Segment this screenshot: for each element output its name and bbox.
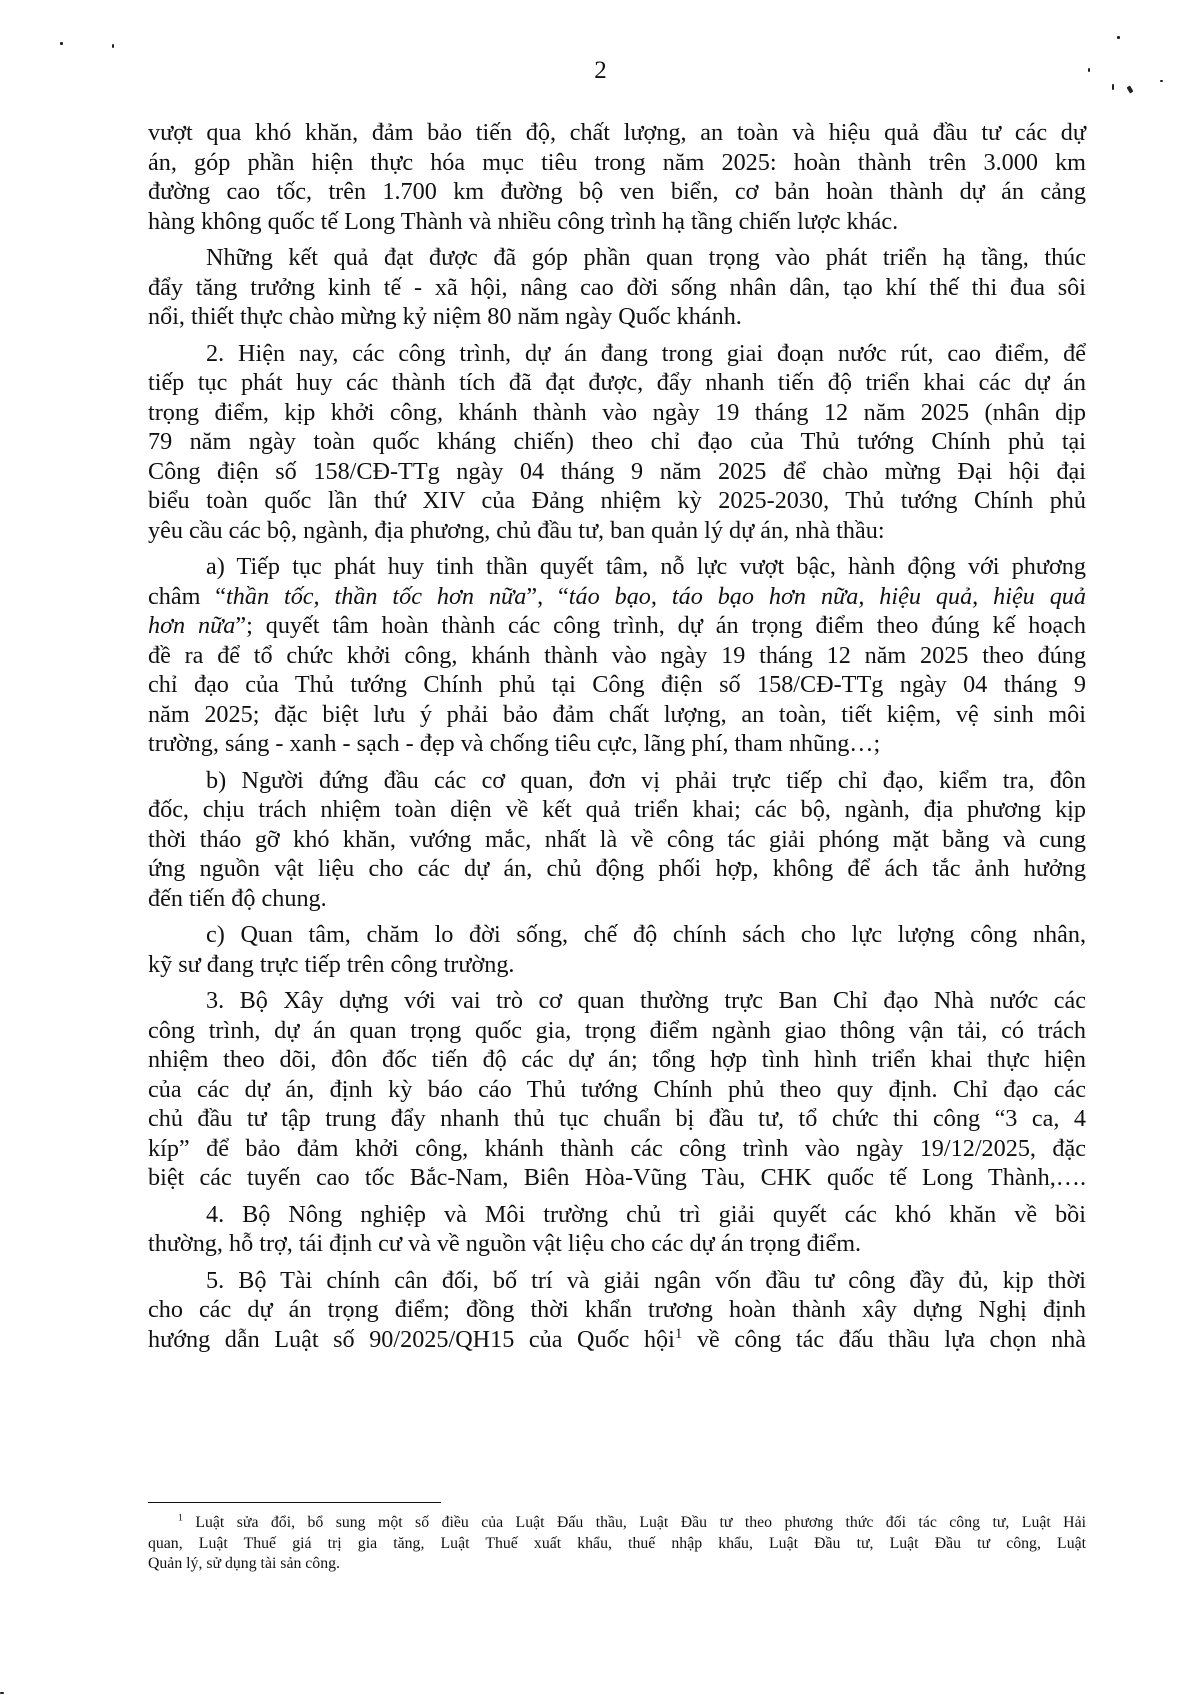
- page-number: 2: [0, 56, 1201, 86]
- text-run: ”, “: [526, 583, 568, 610]
- paragraph-item-b: b) Người đứng đầu các cơ quan, đơn vị ph…: [148, 766, 1086, 914]
- text-line: 3. Bộ Xây dựng với vai trò cơ quan thườn…: [148, 986, 1086, 1016]
- text-line: tiếp tục phát huy các thành tích đã đạt …: [148, 368, 1086, 398]
- paragraph-section-3: 3. Bộ Xây dựng với vai trò cơ quan thườn…: [148, 986, 1086, 1193]
- scan-speck: [0, 1692, 4, 1694]
- text-line: cho các dự án trọng điểm; đồng thời khẩn…: [148, 1295, 1086, 1325]
- text-line: kỹ sư đang trực tiếp trên công trường.: [148, 950, 1086, 980]
- text-run: về công tác đấu thầu lựa chọn nhà: [682, 1326, 1086, 1353]
- text-line: chủ đầu tư tập trung đẩy nhanh thủ tục c…: [148, 1104, 1086, 1134]
- text-line: thường, hỗ trợ, tái định cư và về nguồn …: [148, 1229, 1086, 1259]
- text-line: hướng dẫn Luật số 90/2025/QH15 của Quốc …: [148, 1325, 1086, 1355]
- paragraph-results: Những kết quả đạt được đã góp phần quan …: [148, 243, 1086, 332]
- text-run: hướng dẫn Luật số 90/2025/QH15 của Quốc …: [148, 1326, 675, 1353]
- text-line: đẩy tăng trưởng kinh tế - xã hội, nâng c…: [148, 273, 1086, 303]
- text-line: của các dự án, định kỳ báo cáo Thủ tướng…: [148, 1075, 1086, 1105]
- text-line: yêu cầu các bộ, ngành, địa phương, chủ đ…: [148, 516, 1086, 546]
- text-run: ”; quyết tâm hoàn thành các công trình, …: [235, 612, 1086, 639]
- text-line: a) Tiếp tục phát huy tinh thần quyết tâm…: [148, 552, 1086, 582]
- text-line: châm “thần tốc, thần tốc hơn nữa”, “táo …: [148, 582, 1086, 612]
- text-run: Luật sửa đổi, bổ sung một số điều của Lu…: [183, 1514, 1086, 1531]
- footnote: 1 Luật sửa đổi, bổ sung một số điều của …: [148, 1513, 1086, 1575]
- text-line: 4. Bộ Nông nghiệp và Môi trường chủ trì …: [148, 1200, 1086, 1230]
- paragraph-section-2: 2. Hiện nay, các công trình, dự án đang …: [148, 339, 1086, 546]
- text-line: hàng không quốc tế Long Thành và nhiều c…: [148, 207, 1086, 237]
- scan-speck: [1117, 36, 1120, 39]
- text-line: chỉ đạo của Thủ tướng Chính phủ tại Công…: [148, 670, 1086, 700]
- footnote-line: Quản lý, sử dụng tài sản công.: [148, 1554, 1086, 1575]
- text-line: đốc, chịu trách nhiệm toàn diện về kết q…: [148, 795, 1086, 825]
- paragraph-item-c: c) Quan tâm, chăm lo đời sống, chế độ ch…: [148, 920, 1086, 979]
- footnote-line: quan, Luật Thuế giá trị gia tăng, Luật T…: [148, 1534, 1086, 1555]
- text-line: b) Người đứng đầu các cơ quan, đơn vị ph…: [148, 766, 1086, 796]
- text-line: biệt các tuyến cao tốc Bắc-Nam, Biên Hòa…: [148, 1163, 1086, 1193]
- text-line: án, góp phần hiện thực hóa mục tiêu tron…: [148, 148, 1086, 178]
- text-run: châm “: [148, 583, 226, 610]
- paragraph-section-4: 4. Bộ Nông nghiệp và Môi trường chủ trì …: [148, 1200, 1086, 1259]
- paragraph-section-5: 5. Bộ Tài chính cân đối, bố trí và giải …: [148, 1266, 1086, 1355]
- scan-speck: [112, 44, 114, 48]
- text-line: trọng điểm, kịp khởi công, khánh thành v…: [148, 398, 1086, 428]
- text-line: đề ra để tổ chức khởi công, khánh thành …: [148, 641, 1086, 671]
- text-line: hơn nữa”; quyết tâm hoàn thành các công …: [148, 611, 1086, 641]
- text-line: nổi, thiết thực chào mừng kỷ niệm 80 năm…: [148, 302, 1086, 332]
- document-body: vượt qua khó khăn, đảm bảo tiến độ, chất…: [148, 118, 1086, 1354]
- text-line: biểu toàn quốc lần thứ XIV của Đảng nhiệ…: [148, 486, 1086, 516]
- text-line: công trình, dự án quan trọng quốc gia, t…: [148, 1016, 1086, 1046]
- text-line: năm 2025; đặc biệt lưu ý phải bảo đảm ch…: [148, 700, 1086, 730]
- scan-speck: [1127, 85, 1134, 93]
- text-line: kíp” để bảo đảm khởi công, khánh thành c…: [148, 1134, 1086, 1164]
- text-line: đến tiến độ chung.: [148, 884, 1086, 914]
- text-line: 2. Hiện nay, các công trình, dự án đang …: [148, 339, 1086, 369]
- text-line: vượt qua khó khăn, đảm bảo tiến độ, chất…: [148, 118, 1086, 148]
- text-line: 79 năm ngày toàn quốc kháng chiến) theo …: [148, 427, 1086, 457]
- scan-speck: [60, 42, 63, 45]
- text-line: nhiệm theo dõi, đôn đốc tiến độ các dự á…: [148, 1045, 1086, 1075]
- text-line: thời tháo gỡ khó khăn, vướng mắc, nhất l…: [148, 825, 1086, 855]
- text-line: đường cao tốc, trên 1.700 km đường bộ ve…: [148, 177, 1086, 207]
- text-line: Công điện số 158/CĐ-TTg ngày 04 tháng 9 …: [148, 457, 1086, 487]
- footnote-line: 1 Luật sửa đổi, bổ sung một số điều của …: [148, 1513, 1086, 1534]
- text-line: Những kết quả đạt được đã góp phần quan …: [148, 243, 1086, 273]
- text-line: trường, sáng - xanh - sạch - đẹp và chốn…: [148, 729, 1086, 759]
- italic-quote: thần tốc, thần tốc hơn nữa: [226, 583, 526, 610]
- text-line: c) Quan tâm, chăm lo đời sống, chế độ ch…: [148, 920, 1086, 950]
- text-line: 5. Bộ Tài chính cân đối, bố trí và giải …: [148, 1266, 1086, 1296]
- footnote-separator: [148, 1502, 441, 1503]
- italic-quote: táo bạo, táo bạo hơn nữa, hiệu quả, hiệu…: [569, 583, 1086, 610]
- italic-quote: hơn nữa: [148, 612, 235, 639]
- paragraph-continuation: vượt qua khó khăn, đảm bảo tiến độ, chất…: [148, 118, 1086, 236]
- paragraph-item-a: a) Tiếp tục phát huy tinh thần quyết tâm…: [148, 552, 1086, 759]
- text-line: ứng nguồn vật liệu cho các dự án, chủ độ…: [148, 854, 1086, 884]
